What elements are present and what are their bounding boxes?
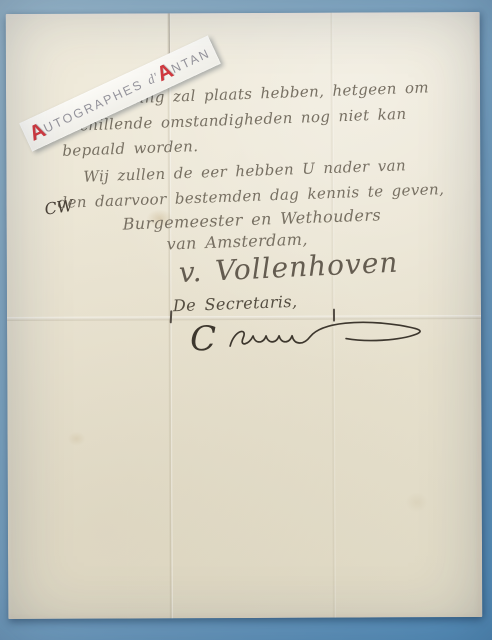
- signature-paraph-stroke: [230, 322, 420, 346]
- margin-initials: CW: [43, 196, 74, 219]
- secretary-signature-flourish: C: [190, 315, 438, 364]
- secretary-signature-initial: C: [190, 319, 216, 359]
- secretary-title-line: De Secretaris,: [173, 292, 298, 315]
- letter-body-line: Wij zullen de eer hebben U nader van: [83, 156, 406, 186]
- paper-stain: [68, 432, 86, 446]
- letter-body-line: den daarvoor bestemden dag kennis te gev…: [57, 180, 444, 212]
- photo-scene: …ing zal plaats hebben, hetgeen om …schi…: [0, 0, 492, 640]
- mayor-signature: v. Vollenhoven: [178, 246, 399, 289]
- paper-stain: [406, 492, 428, 512]
- letter-body-line: bepaald worden.: [62, 137, 199, 160]
- closing-authority-line: Burgemeester en Wethouders: [122, 205, 381, 233]
- top-edge-crease: [169, 13, 170, 53]
